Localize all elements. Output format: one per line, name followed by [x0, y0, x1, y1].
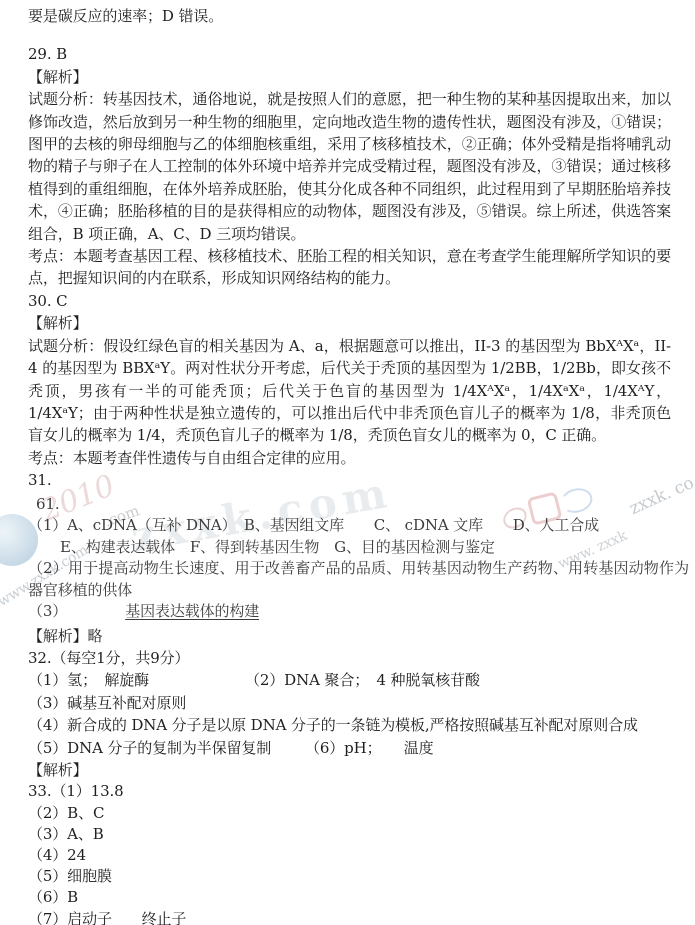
embedded-answer-image: 2010 .com zxxk.com www.zxxk.com zxxk. co… — [0, 492, 695, 625]
answer-tail-line: 要是碳反应的速率；D 错误。 — [28, 5, 671, 27]
q31-sub-number: 61. — [36, 494, 689, 516]
q29-analysis: 试题分析：转基因技术，通俗地说，就是按照人们的意愿，把一种生物的某种基因提取出来… — [28, 88, 671, 245]
q29-answer: 29. B — [28, 43, 671, 65]
q32-item-3: （3）碱基互补配对原则 — [28, 692, 671, 714]
q32-item-1: （1）氢； 解旋酶 — [28, 669, 245, 691]
q33-item: （7）启动子 终止子 — [28, 909, 671, 925]
q31-item-3: （3）基因表达载体的构建 — [28, 601, 689, 623]
q30-analysis: 试题分析：假设红绿色盲的相关基因为 A、a，根据题意可以推出，II-3 的基因型… — [28, 335, 671, 447]
q32-analysis-label: 【解析】 — [28, 759, 671, 781]
q29-analysis-label: 【解析】 — [28, 66, 671, 88]
q32-row-12: （1）氢； 解旋酶（2）DNA 聚合； 4 种脱氧核苷酸 — [28, 669, 671, 691]
q30-analysis-label: 【解析】 — [28, 312, 671, 334]
q33-answer-list: 33.（1）13.8 （2）B、C （3）A、B （4）24 （5）细胞膜 （6… — [28, 781, 671, 925]
q32-header: 32.（每空1分，共9分） — [28, 647, 671, 669]
q32-item-5: （5）DNA 分子的复制为半保留复制 — [28, 737, 305, 759]
q30-answer: 30. C — [28, 290, 671, 312]
q33-item: 33.（1）13.8 — [28, 781, 671, 802]
spacer — [28, 27, 671, 43]
q31-item-3-label: （3） — [28, 602, 67, 620]
q31-item-2: （2）用于提高动物生长速度、用于改善畜产品的品质、用转基因动物生产药物、用转基因… — [28, 558, 689, 601]
q33-item: （3）A、B — [28, 824, 671, 845]
q32-item-4: （4）新合成的 DNA 分子是以原 DNA 分子的一条链为模板,严格按照碱基互补… — [28, 714, 671, 736]
q31-item-1: （1）A、cDNA（互补 DNA） B、基因组文库 C、 cDNA 文库 D、人… — [28, 515, 689, 537]
q29-keypoint: 考点：本题考查基因工程、核移植技术、胚胎工程的相关知识，意在考查学生能理解所学知… — [28, 245, 671, 290]
document-page: 要是碳反应的速率；D 错误。 29. B 【解析】 试题分析：转基因技术，通俗地… — [0, 0, 695, 925]
q31-analysis: 【解析】略 — [28, 625, 671, 647]
q33-item: （2）B、C — [28, 803, 671, 824]
q32-row-56: （5）DNA 分子的复制为半保留复制（6）pH； 温度 — [28, 737, 671, 759]
q33-item: （4）24 — [28, 845, 671, 866]
q33-item: （6）B — [28, 887, 671, 908]
q31-item-1b: E、构建表达载体 F、得到转基因生物 G、目的基因检测与鉴定 — [60, 537, 689, 559]
q31-item-3-answer: 基因表达载体的构建 — [125, 602, 259, 620]
q30-keypoint: 考点：本题考查伴性遗传与自由组合定律的应用。 — [28, 447, 671, 469]
q33-item: （5）细胞膜 — [28, 866, 671, 887]
q32-item-2: （2）DNA 聚合； 4 种脱氧核苷酸 — [245, 671, 480, 689]
q32-item-6: （6）pH； 温度 — [305, 739, 434, 757]
